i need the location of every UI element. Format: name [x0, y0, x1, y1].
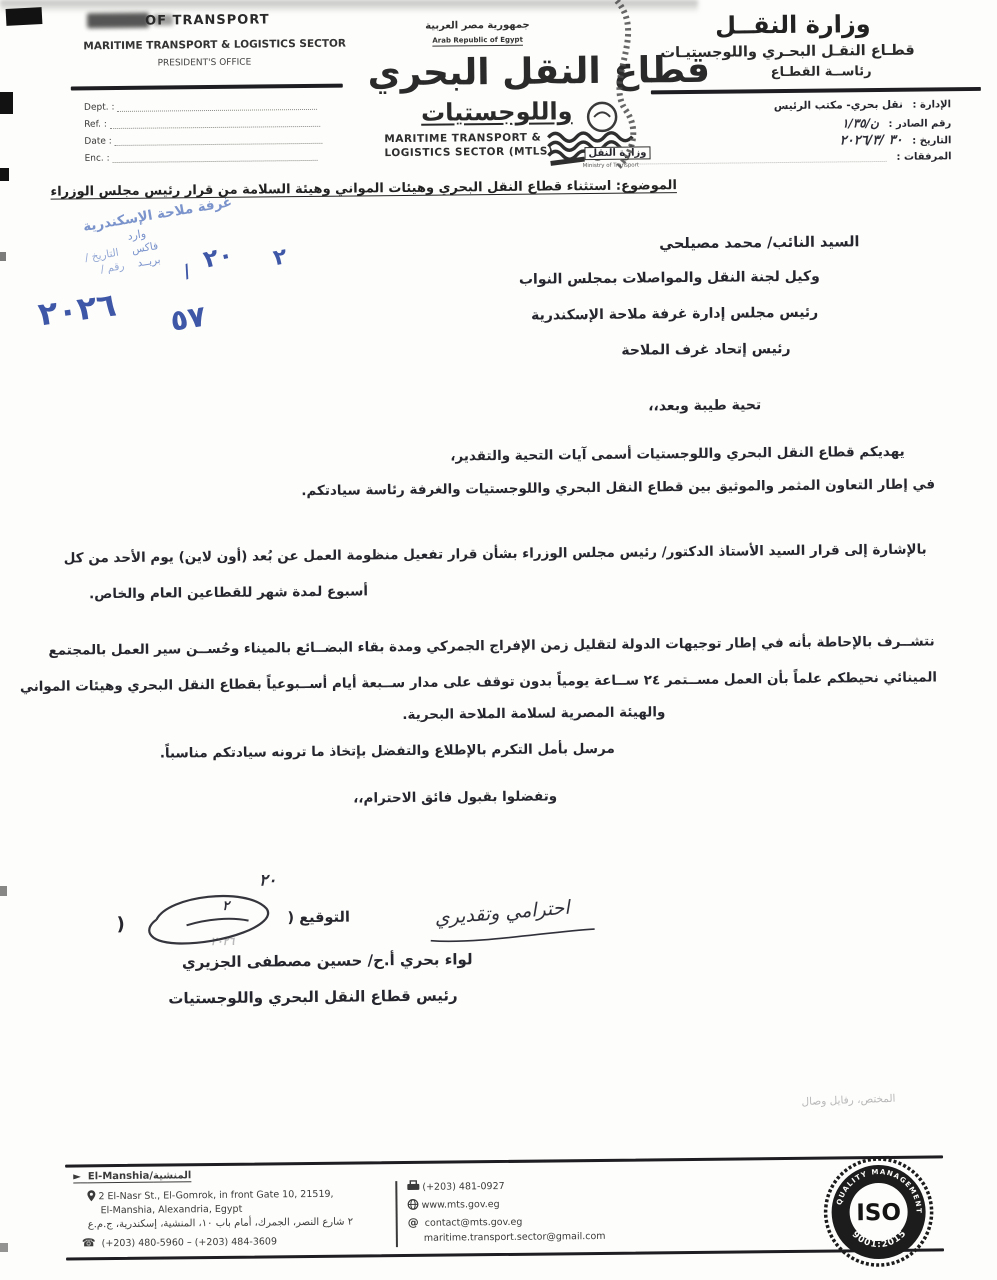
- attachments-row: المرفقات :: [637, 151, 952, 165]
- greeting-line: تحية طيبة وبعد،،: [648, 397, 761, 414]
- addressee-role-1: وكيل لجنة النقل والمواصلات بمجلس النواب: [519, 269, 820, 288]
- admin-value: نقل بحري- مكتب الرئيس: [774, 99, 903, 112]
- iso-9001-badge: QUALITY MANAGEMENT SYSTEM 9001:2015 ISO: [813, 1153, 944, 1270]
- address-en-line1-row: 2 El-Nasr St., El-Gomrok, in front Gate …: [87, 1188, 333, 1203]
- field-ref-label: Ref. :: [84, 120, 107, 130]
- header-left-rule: [71, 84, 343, 90]
- field-dept-label: Dept. :: [84, 103, 115, 113]
- phone-icon: ☎: [82, 1236, 96, 1249]
- body-p3-line2: المينائي نحيطكم علماً بأن العمل مســتمر …: [20, 669, 937, 695]
- attachments-label: المرفقات :: [896, 151, 951, 163]
- rope-graphic: [575, 0, 657, 171]
- field-enc-line: [112, 151, 317, 163]
- sector-logotype-en-line1: MARITIME TRANSPORT &: [384, 132, 541, 146]
- address-en-line2: El-Manshia, Alexandria, Egypt: [101, 1204, 243, 1216]
- footer-top-rule: [65, 1155, 943, 1167]
- stamp-handwritten-date-month: ٢: [271, 244, 289, 271]
- signature-label: التوقيع (: [287, 910, 350, 927]
- phones-row: ☎ (+203) 480-5960 – (+203) 484-3609: [82, 1234, 277, 1249]
- signatory-name: لواء بحري أ.ح/ حسين مصطفى الجزيري: [182, 950, 473, 971]
- admin-field-row: الإدارة : نقل بحري- مكتب الرئيس: [774, 98, 951, 112]
- closing-line-2: وتفضلوا بقبول فائق الاحترام،،: [353, 788, 557, 806]
- globe-icon: [407, 1199, 418, 1210]
- flourish-path: [431, 929, 595, 942]
- ministry-title-arabic: وزارة النقــل: [715, 10, 871, 40]
- addressee-role-3: رئيس إتحاد غرف الملاحة: [621, 341, 790, 359]
- email2-value: maritime.transport.sector@gmail.com: [424, 1231, 606, 1244]
- stamp-handwritten-date-day: ٢٠: [201, 240, 236, 274]
- field-ref-line: [110, 117, 320, 129]
- footer-bottom-rule: [66, 1248, 944, 1260]
- country-name-arabic: جمهورية مصر العربية: [425, 20, 530, 32]
- email-value: contact@mts.gov.eg: [425, 1217, 523, 1229]
- signatory-title: رئيس قطاع النقل البحري واللوجستيات: [168, 986, 458, 1007]
- footer-divider: [395, 1181, 397, 1247]
- sector-logotype-en-line2: LOGISTICS SECTOR (MTLS): [384, 145, 553, 159]
- field-enc: Enc. :: [84, 151, 317, 164]
- location-pin-icon: [87, 1190, 95, 1201]
- body-p2-line1: بالإشارة إلى قرار السيد الأستاذ الدكتور/…: [64, 542, 927, 567]
- iso-center-text: ISO: [856, 1200, 901, 1226]
- office-title-en: PRESIDENT'S OFFICE: [158, 58, 252, 69]
- stamp-mail-label: بريــد: [136, 254, 161, 270]
- office-title-arabic: رئاســة القطـاع: [771, 64, 872, 80]
- signature-scribble: [126, 884, 287, 956]
- website-row: www.mts.gov.eg: [407, 1198, 499, 1211]
- branch-name: El-Manshia/المنشية: [88, 1170, 192, 1182]
- field-ref: Ref. :: [84, 117, 320, 130]
- body-p2-line2: أسبوع لمدة شهر للقطاعين العام والخاص.: [89, 583, 368, 602]
- handwritten-courtesy-note: احترامي وتقديري: [434, 897, 571, 930]
- phones-value: (+203) 480-5960 – (+203) 484-3609: [102, 1236, 277, 1249]
- signature-handwritten-number-bottom: ٢٠٢٦: [211, 935, 235, 948]
- subject-line: الموضوع: استثناء قطاع النقل البحري وهيئا…: [50, 178, 676, 200]
- fax-row: (+203) 481-0927: [407, 1180, 504, 1193]
- date-label: التاريخ :: [912, 135, 951, 146]
- stamp-number-field: رقم /: [100, 260, 126, 276]
- attachments-line: [637, 152, 887, 165]
- fax-value: (+203) 481-0927: [422, 1181, 504, 1193]
- outgoing-number-row: رقم الصادر : ن/١/٣٥: [842, 115, 951, 130]
- stamp-handwritten-number: ٥٧: [168, 299, 209, 338]
- field-date: Date :: [84, 134, 322, 147]
- body-p1-line2: في إطار التعاون المثمر والموثيق بين قطاع…: [301, 476, 935, 499]
- signature-stroke: [187, 919, 249, 926]
- field-dept-line: [117, 100, 317, 112]
- body-p1-line1: يهديكم قطاع النقل البحري واللوجستيات أسم…: [450, 444, 904, 465]
- address-ar-line: ٢ شارع النصر، الجمرك، أمام باب ١٠، المنش…: [88, 1217, 354, 1231]
- addressee-name: السيد النائب/ محمد مصيلحي: [659, 234, 859, 252]
- stamp-chamber-name: غرفة ملاحة الإسكندرية: [79, 194, 234, 235]
- email-row: @ contact@mts.gov.eg: [408, 1215, 523, 1229]
- scan-artifact: [0, 1243, 8, 1252]
- scan-smudge: [153, 14, 173, 25]
- stamp-handwritten-slash: /: [180, 261, 194, 283]
- date-row: التاريخ : ٣٠ /٢٠٢٦/٣: [840, 132, 952, 148]
- branch-arrow-icon: ►: [73, 1171, 81, 1182]
- signature-paren-close: ): [116, 914, 124, 935]
- field-dept: Dept. :: [84, 100, 317, 113]
- field-date-label: Date :: [84, 137, 112, 147]
- stamp-handwritten-year: ٢٠٢٦: [36, 285, 118, 333]
- field-date-line: [115, 134, 323, 146]
- sector-title-arabic: قطـاع النقـل البحـري واللوجستيـات: [660, 43, 914, 62]
- website-value: www.mts.gov.eg: [421, 1199, 499, 1211]
- rope-path: [617, 1, 634, 167]
- body-p3-line1: نتشــرف بالإحاطة بأنه في إطار توجيهات ال…: [48, 633, 934, 658]
- fax-icon: [407, 1181, 419, 1191]
- outgoing-number-label: رقم الصادر :: [888, 118, 951, 130]
- admin-label: الإدارة :: [912, 99, 951, 110]
- closing-line-1: مرسل بأمل التكرم بالإطلاع والتفضل بإتخاذ…: [160, 741, 615, 762]
- date-value: ٣٠ /٢٠٢٦/٣: [840, 133, 903, 149]
- scan-smudge: [87, 13, 149, 29]
- country-name-english: Arab Republic of Egypt: [432, 36, 523, 45]
- routing-annotation: المختص، رفايل وصال: [801, 1093, 895, 1108]
- address-en-line1: 2 El-Nasr St., El-Gomrok, in front Gate …: [98, 1189, 333, 1202]
- branch-heading: ► El-Manshia/المنشية: [73, 1170, 191, 1182]
- handwritten-underline-flourish: [429, 927, 599, 947]
- scanned-letter-page: OF TRANSPORT MARITIME TRANSPORT & LOGIST…: [0, 0, 997, 1280]
- sector-logotype-arabic-line1: قطاع النقل البحري: [367, 50, 710, 95]
- field-enc-label: Enc. :: [84, 154, 109, 164]
- at-icon: @: [408, 1216, 419, 1229]
- signature-handwritten-number-mid: ٢: [222, 899, 229, 914]
- addressee-role-2: رئيس مجلس إدارة غرفة ملاحة الإسكندرية: [531, 305, 818, 324]
- sector-title-en: MARITIME TRANSPORT & LOGISTICS SECTOR: [83, 38, 346, 53]
- body-p3-line3: والهيئة المصرية لسلامة الملاحة البحرية.: [402, 704, 665, 723]
- outgoing-number-value: ن/١/٣٥: [842, 116, 879, 130]
